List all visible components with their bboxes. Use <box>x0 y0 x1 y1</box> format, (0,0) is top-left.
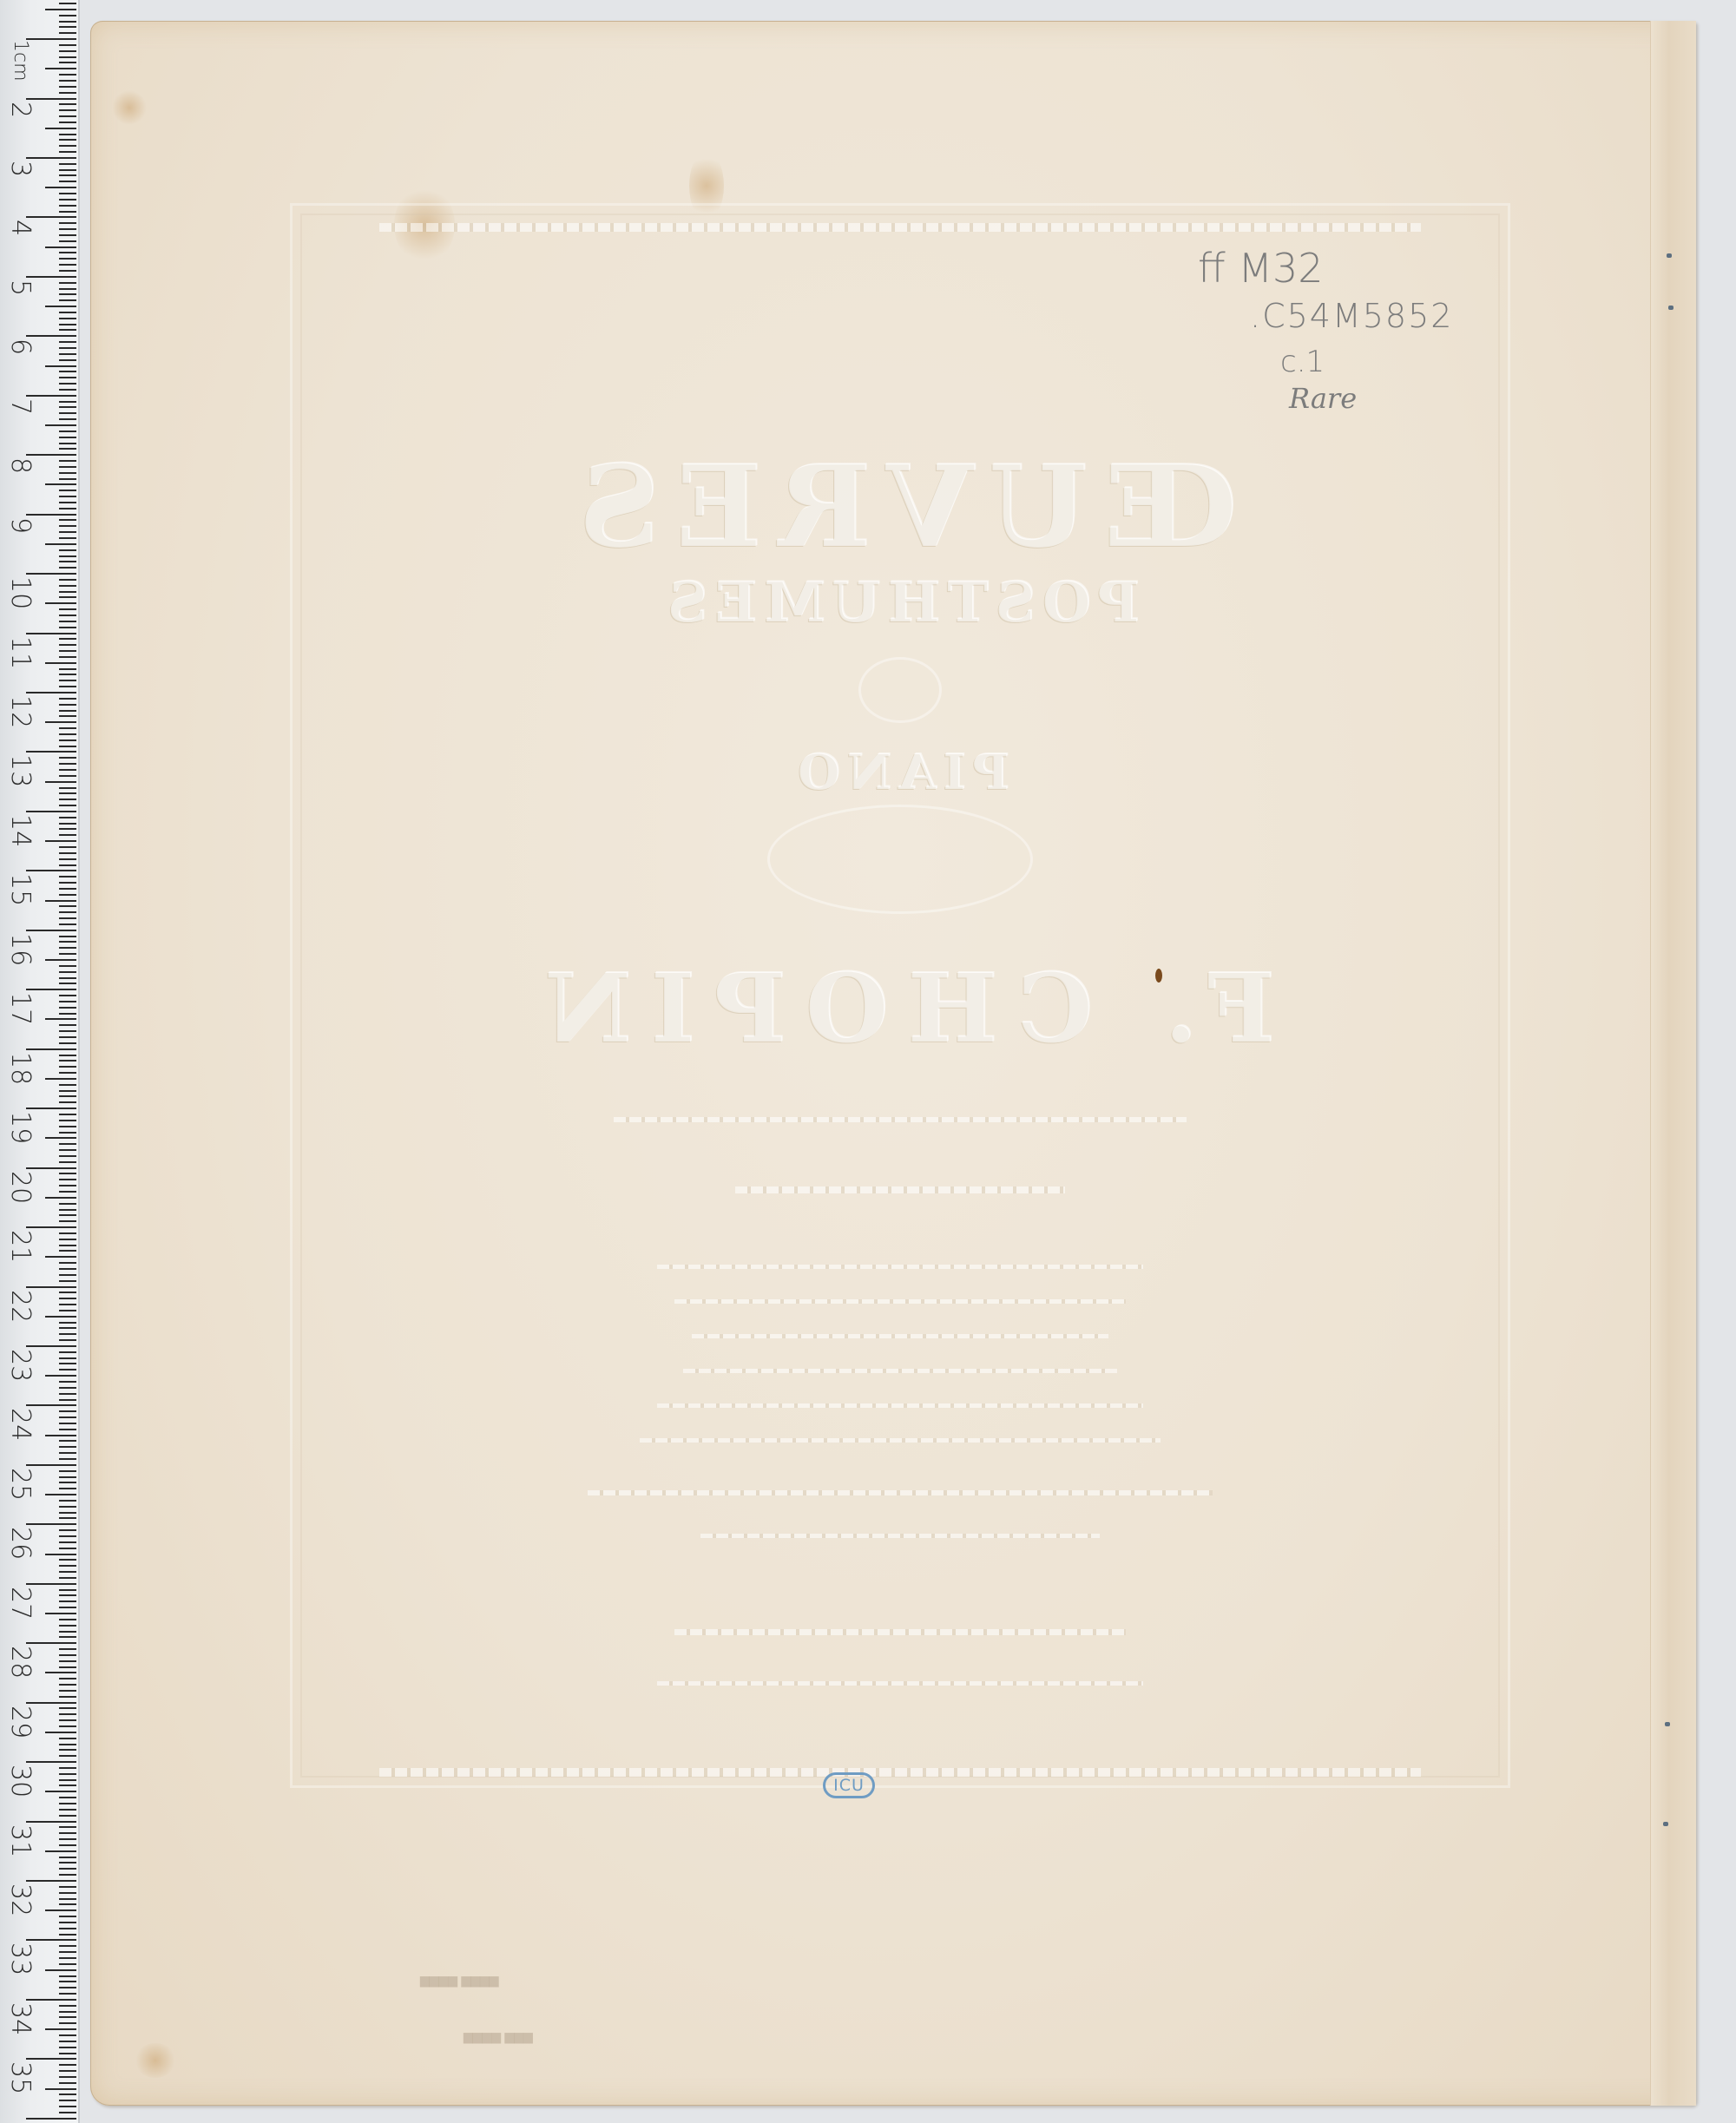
ruler-tick <box>59 293 76 295</box>
ruler-cm-label: 33 <box>7 1942 33 1969</box>
ruler-tick <box>59 1594 76 1596</box>
ruler-tick <box>45 1018 76 1020</box>
ruler-tick <box>59 282 76 284</box>
pencil-copy-number: c.1 <box>1280 345 1325 379</box>
ruler-tick <box>59 32 76 34</box>
binding-hole <box>1663 1822 1668 1826</box>
ruler-tick <box>59 1600 76 1602</box>
ruler-cm-label: 17 <box>7 992 33 1018</box>
ruler-tick <box>59 1452 76 1454</box>
ruler-tick <box>59 1981 76 1982</box>
ruler-tick <box>59 1310 76 1311</box>
ruler-tick <box>26 1761 76 1763</box>
ruler-tick <box>59 1209 76 1211</box>
ruler-tick <box>45 365 76 367</box>
ruler-tick <box>59 769 76 771</box>
embossed-ornament <box>858 657 942 723</box>
faint-imprint: ▆▆▆ ▆▆▆▆ <box>464 2030 533 2044</box>
ruler-tick <box>59 1934 76 1936</box>
ruler-tick <box>59 478 76 480</box>
faint-imprint: ▆▆▆▆ ▆▆▆▆ <box>420 1974 499 1988</box>
spine-fold <box>1650 21 1696 2106</box>
ruler-tick <box>59 1304 76 1305</box>
embossed-text-line <box>683 1369 1117 1373</box>
ruler-cm-label: 12 <box>7 695 33 721</box>
ruler-tick <box>26 811 76 812</box>
embossed-text-line <box>588 1490 1213 1495</box>
embossed-ornament <box>767 805 1033 914</box>
ruler-tick <box>45 2088 76 2090</box>
ruler-tick <box>45 662 76 664</box>
ruler-tick <box>26 633 76 634</box>
ruler-tick <box>59 2076 76 2078</box>
ruler-tick <box>59 151 76 153</box>
ruler-tick <box>59 1369 76 1370</box>
ruler-tick <box>59 1429 76 1430</box>
embossed-text-line <box>657 1265 1143 1269</box>
ruler-tick <box>59 1393 76 1395</box>
ruler-tick <box>59 62 76 63</box>
ruler-tick <box>59 174 76 176</box>
ruler-tick <box>59 2082 76 2084</box>
embossed-text-line <box>674 1299 1126 1304</box>
ruler-tick <box>59 715 76 717</box>
ruler-tick <box>26 2118 76 2120</box>
ruler-cm-label: 4 <box>7 220 33 246</box>
ruler-tick <box>59 318 76 319</box>
ruler-tick <box>59 917 76 919</box>
ruler-tick <box>59 644 76 646</box>
ruler-tick <box>59 953 76 955</box>
ruler-tick <box>59 549 76 551</box>
ruler-tick <box>59 638 76 640</box>
ruler-tick <box>59 1055 76 1056</box>
ruler-tick <box>59 656 76 658</box>
ruler-tick <box>59 2070 76 2072</box>
ruler-tick <box>59 698 76 700</box>
ruler-tick <box>59 1707 76 1709</box>
ruler-tick <box>59 799 76 800</box>
ruler-tick <box>26 2058 76 2060</box>
ruler-tick <box>59 1268 76 1270</box>
ruler-tick <box>59 1381 76 1383</box>
ruler-tick <box>59 1898 76 1900</box>
ruler-tick <box>59 1262 76 1264</box>
ruler-tick <box>26 1226 76 1228</box>
embossed-rule <box>379 223 1421 232</box>
ruler-tick <box>59 1744 76 1745</box>
ruler-tick <box>59 1957 76 1959</box>
ruler-tick <box>59 347 76 349</box>
ruler-tick <box>26 395 76 397</box>
ruler-tick <box>45 1435 76 1436</box>
ruler-tick <box>59 834 76 836</box>
ruler-tick <box>26 216 76 218</box>
ruler-tick <box>59 134 76 135</box>
ruler-tick <box>59 1232 76 1234</box>
ruler-tick <box>59 1470 76 1472</box>
ruler-tick <box>59 1767 76 1769</box>
ruler-tick <box>59 1333 76 1335</box>
ruler-tick <box>45 1554 76 1555</box>
ruler-tick <box>59 329 76 331</box>
ruler-tick <box>59 1506 76 1508</box>
ruler-tick <box>59 1363 76 1364</box>
ruler-cm-label: 32 <box>7 1883 33 1909</box>
ruler-tick <box>59 1476 76 1478</box>
ruler-tick <box>59 1292 76 1293</box>
ruler-tick <box>59 680 76 681</box>
ruler-tick <box>59 1928 76 1929</box>
embossed-text-line <box>674 1629 1126 1635</box>
ruler-tick <box>45 1613 76 1614</box>
ruler-cm-label: 28 <box>7 1646 33 1672</box>
ruler-tick <box>59 1327 76 1329</box>
ruler-tick <box>59 828 76 830</box>
ruler-tick <box>59 1298 76 1299</box>
ruler-tick <box>26 1404 76 1406</box>
ruler-tick <box>59 1191 76 1193</box>
ruler-tick <box>59 1844 76 1846</box>
ruler-tick <box>59 418 76 420</box>
ruler-tick <box>59 193 76 194</box>
ruler-tick <box>59 704 76 706</box>
ruler-tick <box>59 1826 76 1828</box>
ruler-tick <box>59 1072 76 1074</box>
ruler-tick <box>59 1815 76 1817</box>
ruler-tick <box>59 579 76 581</box>
ruler-tick <box>59 1084 76 1086</box>
ruler-tick <box>59 1013 76 1015</box>
ruler-tick <box>59 115 76 117</box>
ruler-cm-label: 29 <box>7 1706 33 1732</box>
ruler-tick <box>59 876 76 877</box>
ruler-tick <box>59 2112 76 2113</box>
ruler-tick <box>59 1440 76 1442</box>
ruler-tick <box>26 751 76 753</box>
ruler-tick <box>59 1631 76 1633</box>
ruler-tick <box>59 1500 76 1502</box>
ruler-tick <box>59 977 76 979</box>
ruler-cm-label: 25 <box>7 1468 33 1494</box>
ruler-tick <box>45 1316 76 1318</box>
ruler-tick <box>45 1969 76 1971</box>
ruler-tick <box>45 483 76 485</box>
ruler-tick <box>59 1993 76 1995</box>
ruler-tick <box>59 2100 76 2101</box>
ruler-tick <box>59 258 76 260</box>
ruler-cm-label: 23 <box>7 1349 33 1375</box>
ruler-tick <box>59 882 76 884</box>
ruler-tick <box>59 50 76 52</box>
class-number: M32 <box>1238 245 1323 292</box>
ruler-tick <box>59 1963 76 1965</box>
ruler-tick <box>59 1120 76 1121</box>
ruler-tick <box>59 359 76 361</box>
ruler-tick <box>26 1939 76 1941</box>
ruler-tick <box>59 2005 76 2007</box>
ruler-tick <box>59 1951 76 1953</box>
ruler-tick <box>59 1678 76 1679</box>
ruler-tick <box>59 1132 76 1134</box>
ruler-tick <box>59 1179 76 1180</box>
ruler-tick <box>59 1423 76 1424</box>
ruler-tick <box>26 1583 76 1585</box>
ruler-tick <box>59 1684 76 1686</box>
ruler-tick <box>59 1001 76 1002</box>
ruler-tick <box>59 1410 76 1412</box>
ruler-tick <box>59 1488 76 1489</box>
ruler-tick <box>59 1886 76 1888</box>
embossed-text-line <box>692 1334 1108 1338</box>
ruler-tick <box>59 757 76 759</box>
ruler-tick <box>59 26 76 28</box>
pencil-collection-note: Rare <box>1289 382 1357 415</box>
ruler-tick <box>59 460 76 462</box>
ruler-tick <box>45 187 76 188</box>
ruler-tick <box>59 1101 76 1103</box>
ruler-cm-label: 26 <box>7 1527 33 1553</box>
ruler-tick <box>59 21 76 23</box>
ruler-tick <box>59 1987 76 1988</box>
ruler-tick <box>59 169 76 171</box>
ruler-tick <box>59 270 76 272</box>
ruler-tick <box>59 502 76 503</box>
ruler-tick <box>59 383 76 385</box>
ruler-cm-label: 7 <box>7 398 33 424</box>
ruler-tick <box>59 406 76 408</box>
ruler-tick <box>59 324 76 325</box>
ruler-tick <box>59 1024 76 1026</box>
ruler-tick <box>45 1732 76 1733</box>
ruler-tick <box>59 596 76 598</box>
ruler-tick <box>26 514 76 516</box>
ruler-tick <box>59 1719 76 1721</box>
ruler-tick <box>59 1007 76 1009</box>
ruler-cm-label: 9 <box>7 517 33 543</box>
ruler-tick <box>59 1636 76 1638</box>
ruler-tick <box>59 525 76 527</box>
ruler-tick <box>59 2093 76 2095</box>
ruler-tick <box>59 508 76 509</box>
ruler-tick <box>45 543 76 545</box>
ruler-unit-label: 1cm <box>7 40 33 66</box>
ruler-tick <box>59 1892 76 1894</box>
ruler-tick <box>59 205 76 207</box>
ruler-tick <box>26 1999 76 2001</box>
ruler-cm-label: 31 <box>7 1824 33 1850</box>
ruler-tick <box>59 1862 76 1863</box>
ruler-tick <box>59 1749 76 1751</box>
ruler-tick <box>59 1387 76 1389</box>
embossed-subtitle: POSTHUMES <box>293 570 1508 635</box>
folio-mark: ff <box>1198 245 1226 292</box>
ruler-tick <box>59 1030 76 1032</box>
ruler-tick <box>59 163 76 165</box>
ruler-tick <box>59 1203 76 1205</box>
ruler-tick <box>59 2047 76 2048</box>
ruler-tick <box>45 1672 76 1673</box>
ruler-tick <box>59 56 76 58</box>
ruler-tick <box>59 1797 76 1798</box>
ruler-tick <box>26 1345 76 1347</box>
ruler-tick <box>59 941 76 943</box>
ruler-tick <box>59 1607 76 1608</box>
ruler-tick <box>59 995 76 996</box>
ruler-tick <box>59 1245 76 1246</box>
ruler-tick <box>59 490 76 491</box>
ruler-tick <box>59 234 76 236</box>
ruler-tick <box>59 1975 76 1977</box>
ruler-tick <box>59 686 76 687</box>
ruler-tick <box>59 1916 76 1917</box>
ruler-tick <box>59 727 76 729</box>
document-page: ŒUVRES POSTHUMES PIANO F. CHOPIN ▆▆▆▆ ▆▆… <box>90 21 1696 2106</box>
ruler-tick <box>59 139 76 141</box>
ruler-tick <box>59 312 76 313</box>
ruler-tick <box>26 335 76 337</box>
ruler-tick <box>59 74 76 76</box>
ruler-tick <box>59 1535 76 1537</box>
ruler-cm-label: 5 <box>7 279 33 306</box>
ruler-tick <box>59 1517 76 1519</box>
ruler-tick <box>59 1755 76 1757</box>
ruler-tick <box>26 989 76 990</box>
ruler-tick <box>59 44 76 46</box>
ruler-tick <box>59 1577 76 1579</box>
ruler-tick <box>45 128 76 129</box>
ruler-tick <box>59 1416 76 1418</box>
ruler-tick <box>59 1945 76 1947</box>
embossed-composer: F. CHOPIN <box>293 952 1508 1064</box>
ruler-tick <box>59 103 76 105</box>
ruler-tick <box>59 222 76 224</box>
ruler-tick <box>26 1286 76 1288</box>
ruler-cm-label: 16 <box>7 933 33 959</box>
ruler-tick <box>26 1464 76 1466</box>
ruler-tick <box>59 80 76 82</box>
ruler-tick <box>59 519 76 521</box>
ruler-tick <box>59 1713 76 1715</box>
ruler-tick <box>59 443 76 444</box>
ruler-tick <box>59 1654 76 1656</box>
ruler-cm-label: 21 <box>7 1230 33 1256</box>
ruler-tick <box>59 971 76 973</box>
ruler-cm-label: 27 <box>7 1587 33 1613</box>
ruler-tick <box>59 1773 76 1775</box>
ruler-tick <box>59 1565 76 1567</box>
ruler-tick <box>59 1060 76 1061</box>
ruler-tick <box>45 1137 76 1139</box>
ruler-tick <box>59 1619 76 1620</box>
ruler-tick <box>59 1458 76 1460</box>
ruler-tick <box>59 911 76 913</box>
ruler-tick <box>59 1322 76 1324</box>
ruler-tick <box>59 1351 76 1353</box>
ruler-cm-label: 2 <box>7 102 33 128</box>
ruler-tick <box>59 1666 76 1668</box>
ruler-tick <box>59 412 76 414</box>
ruler-tick <box>59 1690 76 1692</box>
ruler-tick <box>59 228 76 230</box>
binding-hole <box>1665 1722 1670 1726</box>
ruler-tick <box>59 122 76 123</box>
ruler-tick <box>59 288 76 290</box>
ruler-tick <box>59 585 76 587</box>
ruler-tick <box>59 1838 76 1840</box>
ink-spot <box>1155 969 1162 983</box>
ruler-tick <box>59 858 76 860</box>
ruler-tick <box>59 1559 76 1561</box>
ruler-tick <box>59 1239 76 1240</box>
ruler-cm-label: 15 <box>7 873 33 899</box>
ruler-tick <box>26 692 76 693</box>
embossed-text-line <box>735 1186 1065 1193</box>
ruler-tick <box>59 817 76 818</box>
ruler-cm-label: 18 <box>7 1052 33 1078</box>
ruler-tick <box>59 1541 76 1543</box>
ruler-tick <box>59 1803 76 1804</box>
ruler-tick <box>59 1155 76 1157</box>
ruler-tick <box>26 1642 76 1644</box>
ruler-tick <box>59 888 76 890</box>
ruler-tick <box>26 573 76 575</box>
ruler-tick <box>59 1696 76 1698</box>
ruler-tick <box>59 1874 76 1876</box>
embossed-text-line <box>640 1438 1161 1443</box>
ruler-tick <box>59 805 76 806</box>
ruler-tick <box>59 1339 76 1341</box>
binding-hole <box>1668 306 1674 310</box>
ruler-tick <box>45 424 76 426</box>
ruler-tick <box>59 448 76 450</box>
ruler-tick <box>59 211 76 213</box>
ruler-tick <box>59 674 76 675</box>
embossed-rule <box>379 1768 1421 1777</box>
ruler-tick <box>59 1922 76 1923</box>
embossed-text-line <box>657 1403 1143 1408</box>
ruler-cm-label: 34 <box>7 2002 33 2028</box>
ruler-tick <box>45 900 76 902</box>
ruler-tick <box>59 608 76 610</box>
library-stamp: ICU <box>823 1772 875 1798</box>
ruler-tick <box>59 1126 76 1127</box>
ruler-cm-label: 20 <box>7 1171 33 1197</box>
ruler-tick <box>59 2041 76 2042</box>
ruler-tick <box>59 2053 76 2054</box>
ruler-tick <box>26 930 76 931</box>
ruler-tick <box>45 9 76 10</box>
ruler-tick <box>59 1648 76 1650</box>
ruler-cm-label: 13 <box>7 754 33 780</box>
ruler-tick <box>59 1161 76 1163</box>
ruler-tick <box>59 1589 76 1591</box>
ruler-tick <box>26 276 76 278</box>
ruler-tick <box>59 1832 76 1834</box>
ruler-tick <box>59 1571 76 1573</box>
ruler-tick <box>26 1108 76 1109</box>
ruler-tick <box>45 840 76 842</box>
ruler-tick <box>59 252 76 253</box>
ruler-tick <box>59 1779 76 1781</box>
ruler-tick <box>59 561 76 562</box>
embossed-text-line <box>614 1117 1187 1122</box>
ruler-tick <box>59 852 76 854</box>
ruler-tick <box>59 1250 76 1252</box>
ruler-tick <box>26 1880 76 1882</box>
ruler-tick <box>59 199 76 200</box>
ruler-tick <box>59 621 76 622</box>
